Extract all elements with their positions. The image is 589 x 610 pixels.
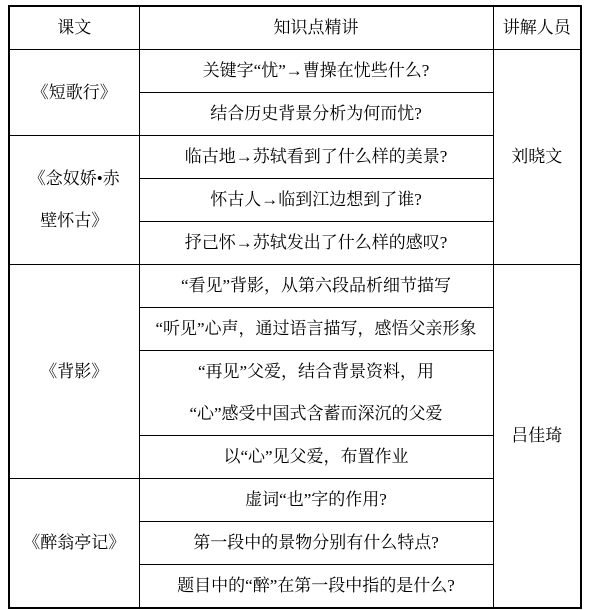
table-row: 《短歌行》 关键字“忧”→曹操在忧些什么? 刘晓文 <box>9 50 581 93</box>
knowledge-point: 第一段中的景物分别有什么特点? <box>139 522 493 565</box>
knowledge-point: 以“心”见父爱，布置作业 <box>139 436 493 479</box>
knowledge-point: 虚词“也”字的作用? <box>139 479 493 522</box>
table-row: 《背影》 “看见”背影，从第六段品析细节描写 吕佳琦 <box>9 265 581 308</box>
document-page: 课文 知识点精讲 讲解人员 《短歌行》 关键字“忧”→曹操在忧些什么? 刘晓文 … <box>8 5 582 609</box>
knowledge-point: “再见”父爱，结合背景资料，用 “心”感受中国式含蓄而深沉的父爱 <box>139 351 493 436</box>
lesson-title-beiying: 《背影》 <box>9 265 139 479</box>
knowledge-point: 抒己怀→苏轼发出了什么样的感叹? <box>139 222 493 265</box>
presenter-lvjiaqi: 吕佳琦 <box>493 265 581 609</box>
header-points: 知识点精讲 <box>139 6 493 50</box>
knowledge-point: “听见”心声，通过语言描写，感悟父亲形象 <box>139 308 493 351</box>
presenter-liuxiaowen: 刘晓文 <box>493 50 581 265</box>
header-lesson: 课文 <box>9 6 139 50</box>
knowledge-point: 怀古人→临到江边想到了谁? <box>139 179 493 222</box>
header-presenter: 讲解人员 <box>493 6 581 50</box>
lesson-plan-table: 课文 知识点精讲 讲解人员 《短歌行》 关键字“忧”→曹操在忧些什么? 刘晓文 … <box>8 5 582 609</box>
knowledge-point: 结合历史背景分析为何而忧? <box>139 93 493 136</box>
knowledge-point: “看见”背影，从第六段品析细节描写 <box>139 265 493 308</box>
knowledge-point: 临古地→苏轼看到了什么样的美景? <box>139 136 493 179</box>
lesson-title-duangexing: 《短歌行》 <box>9 50 139 136</box>
knowledge-point: 题目中的“醉”在第一段中指的是什么? <box>139 565 493 609</box>
header-row: 课文 知识点精讲 讲解人员 <box>9 6 581 50</box>
knowledge-point: 关键字“忧”→曹操在忧些什么? <box>139 50 493 93</box>
lesson-title-zuiwengtingji: 《醉翁亭记》 <box>9 479 139 609</box>
lesson-title-niannujiao: 《念奴娇•赤 壁怀古》 <box>9 136 139 265</box>
